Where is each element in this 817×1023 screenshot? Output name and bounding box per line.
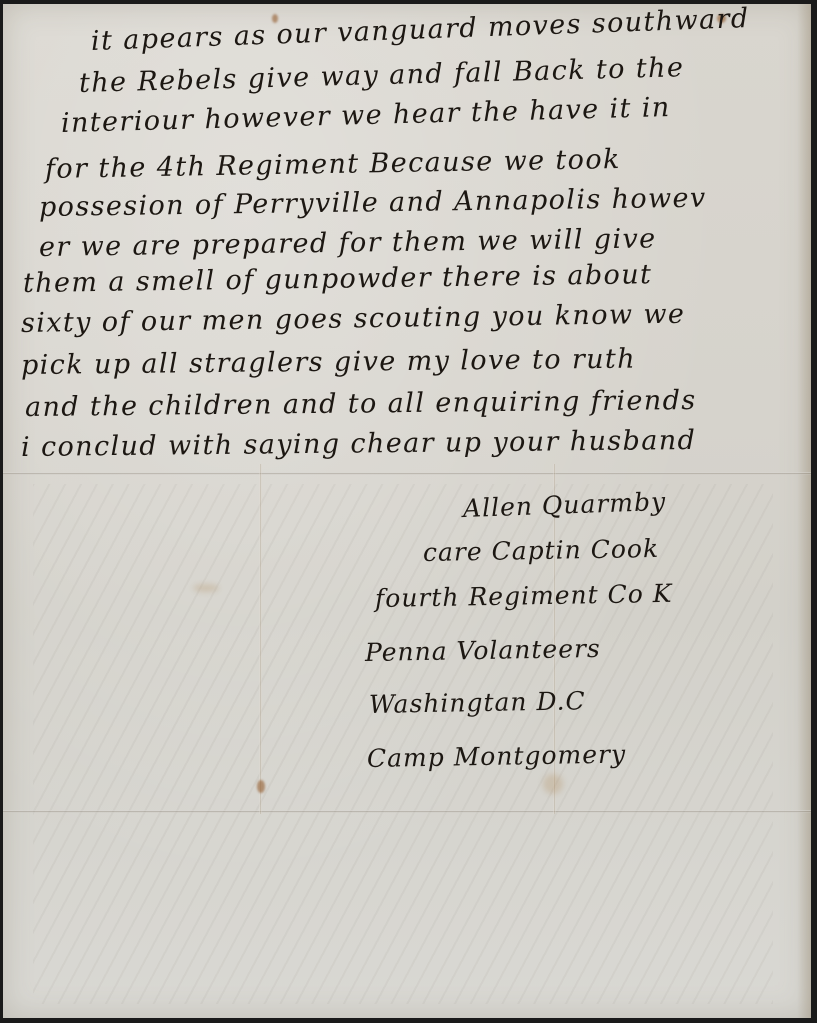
rust-stain (257, 780, 265, 793)
signature-volunteers: Penna Volanteers (365, 634, 601, 667)
letter-page: it apears as our vanguard moves southwar… (3, 4, 811, 1018)
signature-regiment: fourth Regiment Co K (375, 579, 673, 613)
signature-care-of: care Captin Cook (423, 534, 660, 567)
letter-line-3: interiour however we hear the have it in (61, 92, 671, 139)
paper-edge-shadow (797, 4, 811, 1018)
fold-line-horizontal-lower (3, 810, 811, 813)
letter-line-11: i conclud with saying chear up your husb… (21, 425, 697, 463)
letter-line-9: pick up all straglers give my love to ru… (21, 344, 636, 381)
letter-line-5: possesion of Perryville and Annapolis ho… (39, 183, 707, 223)
letter-line-8: sixty of our men goes scouting you know … (21, 299, 686, 339)
letter-line-4: for the 4th Regiment Because we took (45, 144, 621, 185)
letter-line-10: and the children and to all enquiring fr… (25, 385, 697, 423)
signature-location: Washingtan D.C (369, 686, 586, 719)
letter-line-7: them a smell of gunpowder there is about (23, 259, 653, 299)
letter-line-2: the Rebels give way and fall Back to the (79, 52, 685, 99)
rust-stain (543, 774, 563, 794)
letter-line-6: er we are prepared for them we will give (39, 223, 657, 263)
fold-line-horizontal-upper (3, 472, 811, 475)
letter-line-1: it apears as our vanguard moves southwar… (90, 3, 750, 57)
signature-camp: Camp Montgomery (367, 739, 627, 773)
rust-stain (193, 584, 219, 592)
fold-line-vertical-left (259, 464, 262, 814)
